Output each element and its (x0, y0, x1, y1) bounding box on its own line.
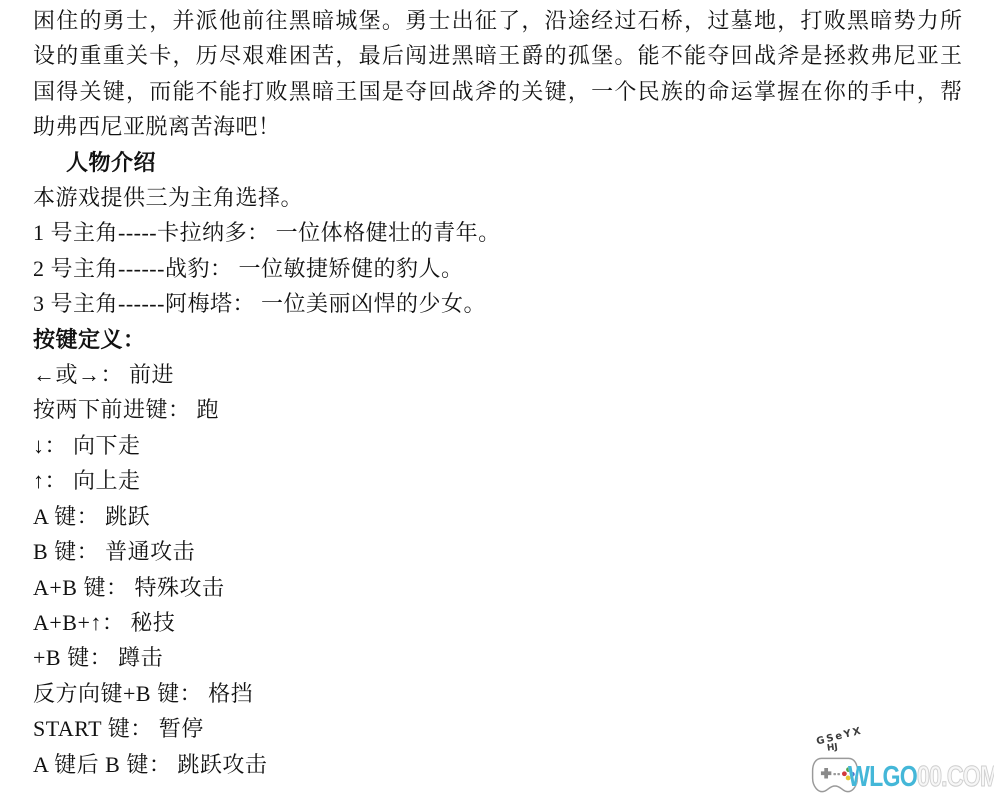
watermark-site-rest: 00.COM (917, 761, 994, 793)
document-text: 困住的勇士，并派他前往黑暗城堡。勇士出征了，沿途经过石桥，过墓地，打败黑暗势力所… (33, 3, 962, 782)
text-line: 困住的勇士，并派他前往黑暗城堡。勇士出征了，沿途经过石桥，过墓地，打败黑暗势力所 (33, 3, 962, 38)
text-line: A 键： 跳跃 (33, 499, 962, 534)
text-line: 人物介绍 (33, 145, 962, 180)
text-line: 反方向键+B 键： 格挡 (33, 676, 962, 711)
text-line: A+B+↑： 秘技 (33, 605, 962, 640)
text-line: 本游戏提供三为主角选择。 (33, 180, 962, 215)
text-line: 国得关键，而能不能打败黑暗王国是夺回战斧的关键，一个民族的命运掌握在你的手中，帮 (33, 74, 962, 109)
text-line: 1 号主角-----卡拉纳多： 一位体格健壮的青年。 (33, 215, 962, 250)
text-line: 按两下前进键： 跑 (33, 392, 962, 427)
text-line: +B 键： 蹲击 (33, 640, 962, 675)
text-line: 2 号主角------战豹： 一位敏捷矫健的豹人。 (33, 251, 962, 286)
watermark: GSeYX HJ WLGO00.COM (810, 733, 992, 797)
text-line: ←或→： 前进 (33, 357, 962, 392)
text-line: 3 号主角------阿梅塔： 一位美丽凶悍的少女。 (33, 286, 962, 321)
document-page: 困住的勇士，并派他前往黑暗城堡。勇士出征了，沿途经过石桥，过墓地，打败黑暗势力所… (0, 0, 994, 799)
text-line: 设的重重关卡，历尽艰难困苦，最后闯进黑暗王爵的孤堡。能不能夺回战斧是拯救弗尼亚王 (33, 38, 962, 73)
text-line: B 键： 普通攻击 (33, 534, 962, 569)
text-line: 助弗西尼亚脱离苦海吧！ (33, 109, 962, 144)
watermark-site-text: WLGO00.COM (848, 761, 994, 794)
text-line: ↑： 向上走 (33, 463, 962, 498)
text-line: 按键定义： (33, 322, 962, 357)
text-line: A+B 键： 特殊攻击 (33, 570, 962, 605)
watermark-site-highlight: WLGO (848, 761, 917, 793)
text-line: ↓： 向下走 (33, 428, 962, 463)
